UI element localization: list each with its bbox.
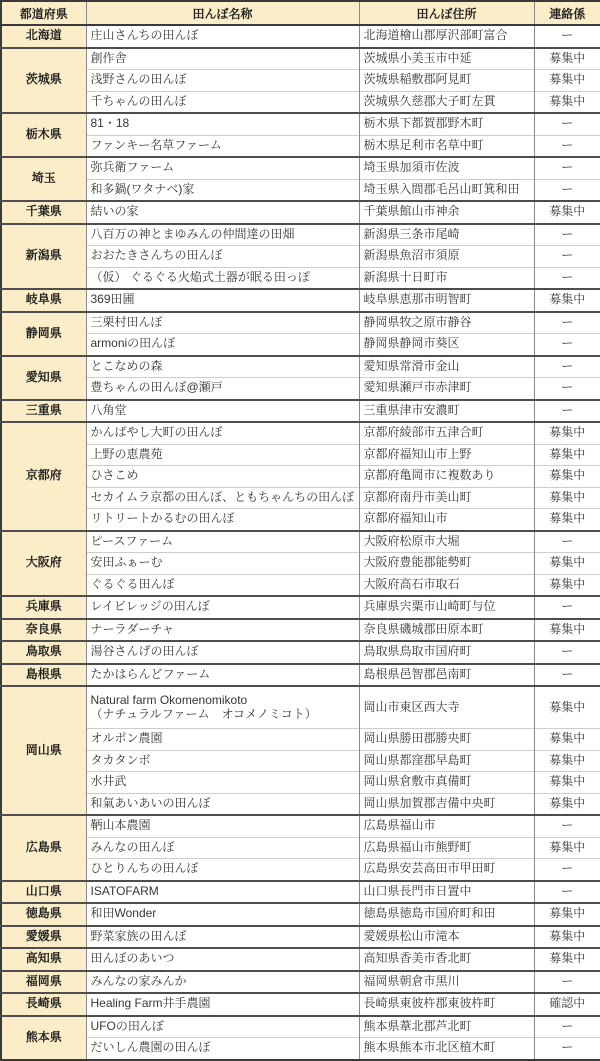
contact-status-cell: ー: [534, 25, 600, 48]
contact-status-cell: 募集中: [534, 553, 600, 575]
table-row: みんなの田んぼ広島県福山市熊野町募集中: [1, 837, 600, 859]
table-row: 浅野さんの田んぼ茨城県稲敷郡阿見町募集中: [1, 70, 600, 92]
contact-status-cell: ー: [534, 400, 600, 423]
contact-status-cell: ー: [534, 312, 600, 334]
table-row: 鳥取県湯谷さんげの田んぼ鳥取県鳥取市国府町ー: [1, 641, 600, 664]
prefecture-cell: 愛知県: [1, 356, 86, 400]
contact-status-cell: ー: [534, 179, 600, 201]
paddy-name-cell: ISATOFARM: [86, 881, 359, 904]
paddy-name-cell: ナーラダーチャ: [86, 619, 359, 642]
prefecture-cell: 岡山県: [1, 686, 86, 815]
paddy-address-cell: 茨城県小美玉市中延: [359, 48, 534, 70]
contact-status-cell: 募集中: [534, 48, 600, 70]
table-row: ファンキー名草ファーム栃木県足利市名草中町ー: [1, 135, 600, 157]
contact-status-cell: 募集中: [534, 729, 600, 751]
prefecture-cell: 福岡県: [1, 971, 86, 994]
paddy-name-line1: Natural farm Okomenomikoto: [91, 694, 355, 708]
contact-status-cell: ー: [534, 157, 600, 179]
prefecture-cell: 高知県: [1, 948, 86, 971]
prefecture-cell: 大阪府: [1, 531, 86, 597]
prefecture-cell: 京都府: [1, 422, 86, 531]
table-row: 千ちゃんの田んぼ茨城県久慈郡大子町左貫募集中: [1, 91, 600, 113]
table-row: 新潟県八百万の神とまゆみんの仲間達の田畑新潟県三条市尾崎ー: [1, 224, 600, 246]
paddy-name-cell: 上野の恵農苑: [86, 444, 359, 466]
contact-status-cell: 募集中: [534, 91, 600, 113]
paddy-address-cell: 広島県安芸高田市甲田町: [359, 859, 534, 881]
paddy-name-cell: 八角堂: [86, 400, 359, 423]
paddy-name-cell: 水井武: [86, 772, 359, 794]
paddy-field-table: 都道府県 田んぼ名称 田んぼ住所 連絡係 北海道庄山さんちの田んぼ北海道檜山郡厚…: [0, 0, 600, 1061]
prefecture-cell: 徳島県: [1, 903, 86, 926]
contact-status-cell: ー: [534, 596, 600, 619]
header-paddy-address: 田んぼ住所: [359, 1, 534, 25]
header-contact: 連絡係: [534, 1, 600, 25]
paddy-address-cell: 大阪府豊能郡能勢町: [359, 553, 534, 575]
paddy-address-cell: 大阪府高石市取石: [359, 574, 534, 596]
contact-status-cell: ー: [534, 135, 600, 157]
table-row: 福岡県みんなの家みんか福岡県朝倉市黒川ー: [1, 971, 600, 994]
paddy-address-cell: 福岡県朝倉市黒川: [359, 971, 534, 994]
table-row: 熊本県UFOの田んぼ熊本県葦北郡芦北町ー: [1, 1016, 600, 1038]
paddy-name-cell: 千ちゃんの田んぼ: [86, 91, 359, 113]
contact-status-cell: 募集中: [534, 926, 600, 949]
contact-status-cell: 募集中: [534, 422, 600, 444]
paddy-address-cell: 京都府南丹市美山町: [359, 487, 534, 509]
paddy-name-cell: 鞆山本農園: [86, 815, 359, 837]
contact-status-cell: ー: [534, 531, 600, 553]
paddy-name-cell: Healing Farm井手農園: [86, 993, 359, 1016]
prefecture-cell: 岐阜県: [1, 289, 86, 312]
contact-status-cell: 募集中: [534, 750, 600, 772]
table-row: 奈良県ナーラダーチャ奈良県磯城郡田原本町募集中: [1, 619, 600, 642]
paddy-name-cell: 湯谷さんげの田んぼ: [86, 641, 359, 664]
paddy-address-cell: 千葉県館山市神余: [359, 201, 534, 224]
paddy-address-cell: 茨城県久慈郡大子町左貫: [359, 91, 534, 113]
prefecture-cell: 栃木県: [1, 113, 86, 157]
prefecture-cell: 茨城県: [1, 48, 86, 114]
paddy-address-cell: 岡山県加賀郡吉備中央町: [359, 793, 534, 815]
prefecture-cell: 兵庫県: [1, 596, 86, 619]
paddy-address-cell: 栃木県足利市名草中町: [359, 135, 534, 157]
table-row: ひさこめ京都府亀岡市に複数あり募集中: [1, 466, 600, 488]
paddy-name-cell: UFOの田んぼ: [86, 1016, 359, 1038]
table-row: 愛媛県野菜家族の田んぼ愛媛県松山市滝本募集中: [1, 926, 600, 949]
table-row: 京都府かんばやし大町の田んぼ京都府綾部市五津合町募集中: [1, 422, 600, 444]
table-row: 埼玉弥兵衛ファーム埼玉県加須市佐波ー: [1, 157, 600, 179]
paddy-address-cell: 愛知県瀬戸市赤津町: [359, 378, 534, 400]
prefecture-cell: 島根県: [1, 664, 86, 687]
table-row: オルポン農園岡山県勝田郡勝央町募集中: [1, 729, 600, 751]
contact-status-cell: ー: [534, 113, 600, 135]
paddy-address-cell: 熊本県熊本市北区植木町: [359, 1038, 534, 1060]
paddy-address-cell: 三重県津市安濃町: [359, 400, 534, 423]
prefecture-cell: 山口県: [1, 881, 86, 904]
table-row: 和氣あいあいの田んぼ岡山県加賀郡吉備中央町募集中: [1, 793, 600, 815]
paddy-name-cell: セカイムラ京都の田んぼ、ともちゃんちの田んぼ: [86, 487, 359, 509]
paddy-name-cell: ピースファーム: [86, 531, 359, 553]
table-row: 和多鍋(ワタナベ)家埼玉県入間郡毛呂山町箕和田ー: [1, 179, 600, 201]
contact-status-cell: 募集中: [534, 574, 600, 596]
table-row: 茨城県創作舎茨城県小美玉市中延募集中: [1, 48, 600, 70]
paddy-name-cell: Natural farm Okomenomikoto（ナチュラルファーム オコメ…: [86, 686, 359, 729]
prefecture-cell: 埼玉: [1, 157, 86, 201]
table-body: 北海道庄山さんちの田んぼ北海道檜山郡厚沢部町富合ー茨城県創作舎茨城県小美玉市中延…: [1, 25, 600, 1060]
table-row: 水井武岡山県倉敷市真備町募集中: [1, 772, 600, 794]
paddy-name-cell: 和氣あいあいの田んぼ: [86, 793, 359, 815]
paddy-name-cell: 安田ふぁーむ: [86, 553, 359, 575]
contact-status-cell: 募集中: [534, 70, 600, 92]
paddy-name-cell: たかはらんどファーム: [86, 664, 359, 687]
contact-status-cell: ー: [534, 334, 600, 356]
paddy-address-cell: 埼玉県入間郡毛呂山町箕和田: [359, 179, 534, 201]
paddy-address-cell: 島根県邑智郡邑南町: [359, 664, 534, 687]
paddy-name-cell: タカタンボ: [86, 750, 359, 772]
table-row: armoniの田んぼ静岡県静岡市葵区ー: [1, 334, 600, 356]
contact-status-cell: 募集中: [534, 466, 600, 488]
paddy-address-cell: 新潟県十日町市: [359, 267, 534, 289]
paddy-address-cell: 熊本県葦北郡芦北町: [359, 1016, 534, 1038]
table-row: 栃木県81・18栃木県下都賀郡野木町ー: [1, 113, 600, 135]
header-prefecture: 都道府県: [1, 1, 86, 25]
table-row: 千葉県結いの家千葉県館山市神余募集中: [1, 201, 600, 224]
paddy-address-cell: 岡山市東区西大寺: [359, 686, 534, 729]
table-row: 上野の恵農苑京都府福知山市上野募集中: [1, 444, 600, 466]
paddy-name-cell: 八百万の神とまゆみんの仲間達の田畑: [86, 224, 359, 246]
paddy-name-cell: ファンキー名草ファーム: [86, 135, 359, 157]
paddy-name-line2: （ナチュラルファーム オコメノミコト）: [91, 708, 355, 722]
paddy-name-cell: 81・18: [86, 113, 359, 135]
paddy-name-cell: 369田圃: [86, 289, 359, 312]
table-row: 大阪府ピースファーム大阪府松原市大堀ー: [1, 531, 600, 553]
table-row: 広島県鞆山本農園広島県福山市ー: [1, 815, 600, 837]
contact-status-cell: 募集中: [534, 619, 600, 642]
paddy-name-cell: ひさこめ: [86, 466, 359, 488]
paddy-name-cell: 豊ちゃんの田んぼ@瀬戸: [86, 378, 359, 400]
paddy-address-cell: 茨城県稲敷郡阿見町: [359, 70, 534, 92]
table-row: 長崎県Healing Farm井手農園長崎県東彼杵郡東彼杵町確認中: [1, 993, 600, 1016]
paddy-address-cell: 高知県香美市香北町: [359, 948, 534, 971]
paddy-name-cell: ぐるぐる田んぼ: [86, 574, 359, 596]
paddy-address-cell: 徳島県徳島市国府町和田: [359, 903, 534, 926]
paddy-name-cell: 和多鍋(ワタナベ)家: [86, 179, 359, 201]
table-row: 安田ふぁーむ大阪府豊能郡能勢町募集中: [1, 553, 600, 575]
paddy-address-cell: 広島県福山市: [359, 815, 534, 837]
paddy-name-cell: 野菜家族の田んぼ: [86, 926, 359, 949]
contact-status-cell: ー: [534, 1016, 600, 1038]
table-row: ひとりんちの田んぼ広島県安芸高田市甲田町ー: [1, 859, 600, 881]
table-row: （仮） ぐるぐる火焔式土器が眠る田っぽ新潟県十日町市ー: [1, 267, 600, 289]
paddy-name-cell: 和田Wonder: [86, 903, 359, 926]
paddy-name-cell: レイビレッジの田んぼ: [86, 596, 359, 619]
contact-status-cell: ー: [534, 356, 600, 378]
paddy-name-cell: 結いの家: [86, 201, 359, 224]
contact-status-cell: ー: [534, 664, 600, 687]
paddy-address-cell: 山口県長門市日置中: [359, 881, 534, 904]
table-row: 山口県ISATOFARM山口県長門市日置中ー: [1, 881, 600, 904]
table-row: セカイムラ京都の田んぼ、ともちゃんちの田んぼ京都府南丹市美山町募集中: [1, 487, 600, 509]
contact-status-cell: ー: [534, 267, 600, 289]
paddy-name-cell: armoniの田んぼ: [86, 334, 359, 356]
header-row: 都道府県 田んぼ名称 田んぼ住所 連絡係: [1, 1, 600, 25]
paddy-address-cell: 岐阜県恵那市明智町: [359, 289, 534, 312]
contact-status-cell: 募集中: [534, 444, 600, 466]
contact-status-cell: 募集中: [534, 487, 600, 509]
paddy-name-cell: ひとりんちの田んぼ: [86, 859, 359, 881]
contact-status-cell: ー: [534, 881, 600, 904]
contact-status-cell: 募集中: [534, 903, 600, 926]
paddy-name-cell: （仮） ぐるぐる火焔式土器が眠る田っぽ: [86, 267, 359, 289]
paddy-name-cell: オルポン農園: [86, 729, 359, 751]
paddy-address-cell: 愛媛県松山市滝本: [359, 926, 534, 949]
paddy-name-cell: だいしん農園の田んぼ: [86, 1038, 359, 1060]
paddy-address-cell: 岡山県都窪郡早島町: [359, 750, 534, 772]
paddy-address-cell: 岡山県勝田郡勝央町: [359, 729, 534, 751]
paddy-name-cell: 弥兵衛ファーム: [86, 157, 359, 179]
paddy-address-cell: 新潟県三条市尾崎: [359, 224, 534, 246]
table-row: 岡山県Natural farm Okomenomikoto（ナチュラルファーム …: [1, 686, 600, 729]
table-row: 高知県田んぼのあいつ高知県香美市香北町募集中: [1, 948, 600, 971]
contact-status-cell: ー: [534, 246, 600, 268]
paddy-address-cell: 新潟県魚沼市須原: [359, 246, 534, 268]
paddy-name-cell: とこなめの森: [86, 356, 359, 378]
paddy-address-cell: 広島県福山市熊野町: [359, 837, 534, 859]
paddy-address-cell: 鳥取県鳥取市国府町: [359, 641, 534, 664]
paddy-address-cell: 京都府福知山市上野: [359, 444, 534, 466]
prefecture-cell: 千葉県: [1, 201, 86, 224]
table-row: 三重県八角堂三重県津市安濃町ー: [1, 400, 600, 423]
contact-status-cell: ー: [534, 1038, 600, 1060]
contact-status-cell: ー: [534, 641, 600, 664]
paddy-name-cell: 創作舎: [86, 48, 359, 70]
table-row: 兵庫県レイビレッジの田んぼ兵庫県宍粟市山崎町与位ー: [1, 596, 600, 619]
paddy-name-cell: 浅野さんの田んぼ: [86, 70, 359, 92]
prefecture-cell: 新潟県: [1, 224, 86, 290]
prefecture-cell: 長崎県: [1, 993, 86, 1016]
paddy-address-cell: 長崎県東彼杵郡東彼杵町: [359, 993, 534, 1016]
paddy-address-cell: 京都府福知山市: [359, 509, 534, 531]
paddy-address-cell: 埼玉県加須市佐波: [359, 157, 534, 179]
paddy-address-cell: 北海道檜山郡厚沢部町富合: [359, 25, 534, 48]
contact-status-cell: ー: [534, 815, 600, 837]
contact-status-cell: 募集中: [534, 686, 600, 729]
prefecture-cell: 鳥取県: [1, 641, 86, 664]
contact-status-cell: ー: [534, 971, 600, 994]
paddy-name-cell: おおたきさんちの田んぼ: [86, 246, 359, 268]
paddy-address-cell: 愛知県常滑市金山: [359, 356, 534, 378]
prefecture-cell: 北海道: [1, 25, 86, 48]
prefecture-cell: 三重県: [1, 400, 86, 423]
table-row: 愛知県とこなめの森愛知県常滑市金山ー: [1, 356, 600, 378]
prefecture-cell: 静岡県: [1, 312, 86, 356]
table-row: 岐阜県369田圃岐阜県恵那市明智町募集中: [1, 289, 600, 312]
prefecture-cell: 熊本県: [1, 1016, 86, 1060]
contact-status-cell: 募集中: [534, 509, 600, 531]
contact-status-cell: ー: [534, 859, 600, 881]
contact-status-cell: 募集中: [534, 772, 600, 794]
table-row: おおたきさんちの田んぼ新潟県魚沼市須原ー: [1, 246, 600, 268]
paddy-name-cell: 田んぼのあいつ: [86, 948, 359, 971]
paddy-address-cell: 兵庫県宍粟市山崎町与位: [359, 596, 534, 619]
table-row: 豊ちゃんの田んぼ@瀬戸愛知県瀬戸市赤津町ー: [1, 378, 600, 400]
contact-status-cell: 確認中: [534, 993, 600, 1016]
table-row: 静岡県三栗村田んぼ静岡県牧之原市静谷ー: [1, 312, 600, 334]
contact-status-cell: 募集中: [534, 837, 600, 859]
paddy-address-cell: 岡山県倉敷市真備町: [359, 772, 534, 794]
prefecture-cell: 広島県: [1, 815, 86, 881]
table-row: 島根県たかはらんどファーム島根県邑智郡邑南町ー: [1, 664, 600, 687]
table-row: だいしん農園の田んぼ熊本県熊本市北区植木町ー: [1, 1038, 600, 1060]
table-row: タカタンボ岡山県都窪郡早島町募集中: [1, 750, 600, 772]
paddy-address-cell: 京都府綾部市五津合町: [359, 422, 534, 444]
table-header: 都道府県 田んぼ名称 田んぼ住所 連絡係: [1, 1, 600, 25]
prefecture-cell: 愛媛県: [1, 926, 86, 949]
table-row: ぐるぐる田んぼ大阪府高石市取石募集中: [1, 574, 600, 596]
paddy-address-cell: 静岡県静岡市葵区: [359, 334, 534, 356]
paddy-name-cell: かんばやし大町の田んぼ: [86, 422, 359, 444]
paddy-address-cell: 京都府亀岡市に複数あり: [359, 466, 534, 488]
paddy-address-cell: 栃木県下都賀郡野木町: [359, 113, 534, 135]
paddy-address-cell: 奈良県磯城郡田原本町: [359, 619, 534, 642]
paddy-name-cell: みんなの田んぼ: [86, 837, 359, 859]
paddy-name-cell: リトリートかるむの田んぼ: [86, 509, 359, 531]
paddy-name-cell: 庄山さんちの田んぼ: [86, 25, 359, 48]
contact-status-cell: ー: [534, 378, 600, 400]
table-row: 徳島県和田Wonder徳島県徳島市国府町和田募集中: [1, 903, 600, 926]
contact-status-cell: 募集中: [534, 201, 600, 224]
header-paddy-name: 田んぼ名称: [86, 1, 359, 25]
paddy-name-cell: みんなの家みんか: [86, 971, 359, 994]
contact-status-cell: 募集中: [534, 793, 600, 815]
contact-status-cell: 募集中: [534, 948, 600, 971]
table-row: リトリートかるむの田んぼ京都府福知山市募集中: [1, 509, 600, 531]
paddy-address-cell: 大阪府松原市大堀: [359, 531, 534, 553]
paddy-name-cell: 三栗村田んぼ: [86, 312, 359, 334]
table-row: 北海道庄山さんちの田んぼ北海道檜山郡厚沢部町富合ー: [1, 25, 600, 48]
contact-status-cell: 募集中: [534, 289, 600, 312]
prefecture-cell: 奈良県: [1, 619, 86, 642]
paddy-address-cell: 静岡県牧之原市静谷: [359, 312, 534, 334]
contact-status-cell: ー: [534, 224, 600, 246]
